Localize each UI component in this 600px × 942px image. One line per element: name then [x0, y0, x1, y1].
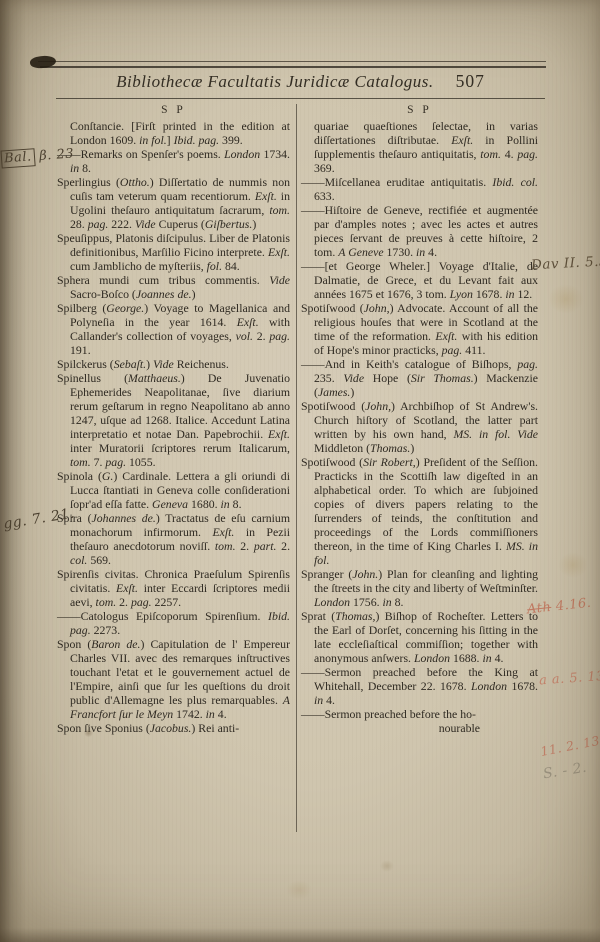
column-right-entries: quariae quaeſtiones ſelectae, in varias …	[301, 119, 538, 735]
column-left-entries: Conſtancie. [Firſt printed in the editio…	[57, 119, 290, 735]
catalog-entry: Spranger (John.) Plan for cleanſing and …	[301, 567, 538, 609]
page-bottom-shadow	[0, 928, 600, 942]
catalog-entry: ——[et George Wheler.] Voyage d'Italie, d…	[301, 259, 538, 301]
page-left-shadow	[0, 0, 26, 942]
book-page: Bibliothecæ Facultatis Juridicæ Catalogu…	[0, 0, 600, 942]
column-divider-rule	[296, 104, 297, 832]
left-column-heading: S P	[57, 104, 290, 116]
catalog-entry: Spotiſwood (Sir Robert,) Preſident of th…	[301, 455, 538, 567]
catalog-entry: quariae quaeſtiones ſelectae, in varias …	[301, 119, 538, 175]
catchword: nourable	[301, 721, 538, 735]
catalog-entry: Conſtancie. [Firſt printed in the editio…	[57, 119, 290, 147]
catalog-entry: ——Hiſtoire de Geneve, rectifiée et augme…	[301, 203, 538, 259]
catalog-entry: Spinola (G.) Cardinale. Lettera a gli or…	[57, 469, 290, 511]
title-rule	[56, 98, 545, 99]
page-title: Bibliothecæ Facultatis Juridicæ Catalogu…	[116, 72, 434, 92]
catalog-entry: Sphera mundi cum tribus commentis. Vide …	[57, 273, 290, 301]
paper-stain	[558, 552, 588, 578]
top-rule-thin	[38, 61, 546, 62]
catalog-entry: Spon (Baron de.) Capitulation de l' Empe…	[57, 637, 290, 721]
catalog-entry: Spira (Johannes de.) Tractatus de eſu ca…	[57, 511, 290, 567]
catalog-entry: Speuſippus, Platonis diſcipulus. Liber d…	[57, 231, 290, 273]
catalog-entry: Spinellus (Matthaeus.) De Juvenatio Ephe…	[57, 371, 290, 469]
top-rule-thick	[40, 66, 546, 68]
paper-stain	[286, 880, 312, 900]
marginalia-note: a a. 5. 13.	[539, 669, 600, 689]
catalog-entry: ——Catologus Epiſcoporum Spirenſium. Ibid…	[57, 609, 290, 637]
marginalia-note: S. - 2.	[542, 760, 588, 783]
marginalia-note: 11. 2. 13 /-	[539, 730, 600, 759]
catalog-entry: ——Sermon preached before the King at Whi…	[301, 665, 538, 707]
catalog-entry: ——Miſcellanea eruditae antiquitatis. Ibi…	[301, 175, 538, 203]
catalog-entry: Sprat (Thomas,) Biſhop of Rocheſter. Let…	[301, 609, 538, 665]
catalog-entry: ——Remarks on Spenſer's poems. London 173…	[57, 147, 290, 175]
catalog-entry: Spotiſwood (John,) Archbiſhop of St Andr…	[301, 399, 538, 455]
catalog-entry: Spilckerus (Sebaſt.) Vide Reichenus.	[57, 357, 290, 371]
right-column-heading: S P	[301, 104, 538, 116]
marginalia-note: Dav II. 5.38.	[531, 253, 600, 274]
catalog-entry: ——Sermon preached before the ho-	[301, 707, 538, 721]
catalog-entry: ——And in Keith's catalogue of Biſhops, p…	[301, 357, 538, 399]
running-head: Bibliothecæ Facultatis Juridicæ Catalogu…	[56, 71, 545, 92]
catalog-entry: Spirenſis civitas. Chronica Praeſulum Sp…	[57, 567, 290, 609]
catalog-entry: Spilberg (George.) Voyage to Magellanica…	[57, 301, 290, 357]
catalog-entry: Spon ſive Sponius (Jacobus.) Rei anti-	[57, 721, 290, 735]
page-number: 507	[456, 71, 485, 92]
paper-stain	[380, 860, 394, 872]
catalog-entry: Sperlingius (Ottho.) Diſſertatio de numm…	[57, 175, 290, 231]
paper-stain	[548, 284, 584, 314]
catalog-entry: Spotiſwood (John,) Advocate. Account of …	[301, 301, 538, 357]
